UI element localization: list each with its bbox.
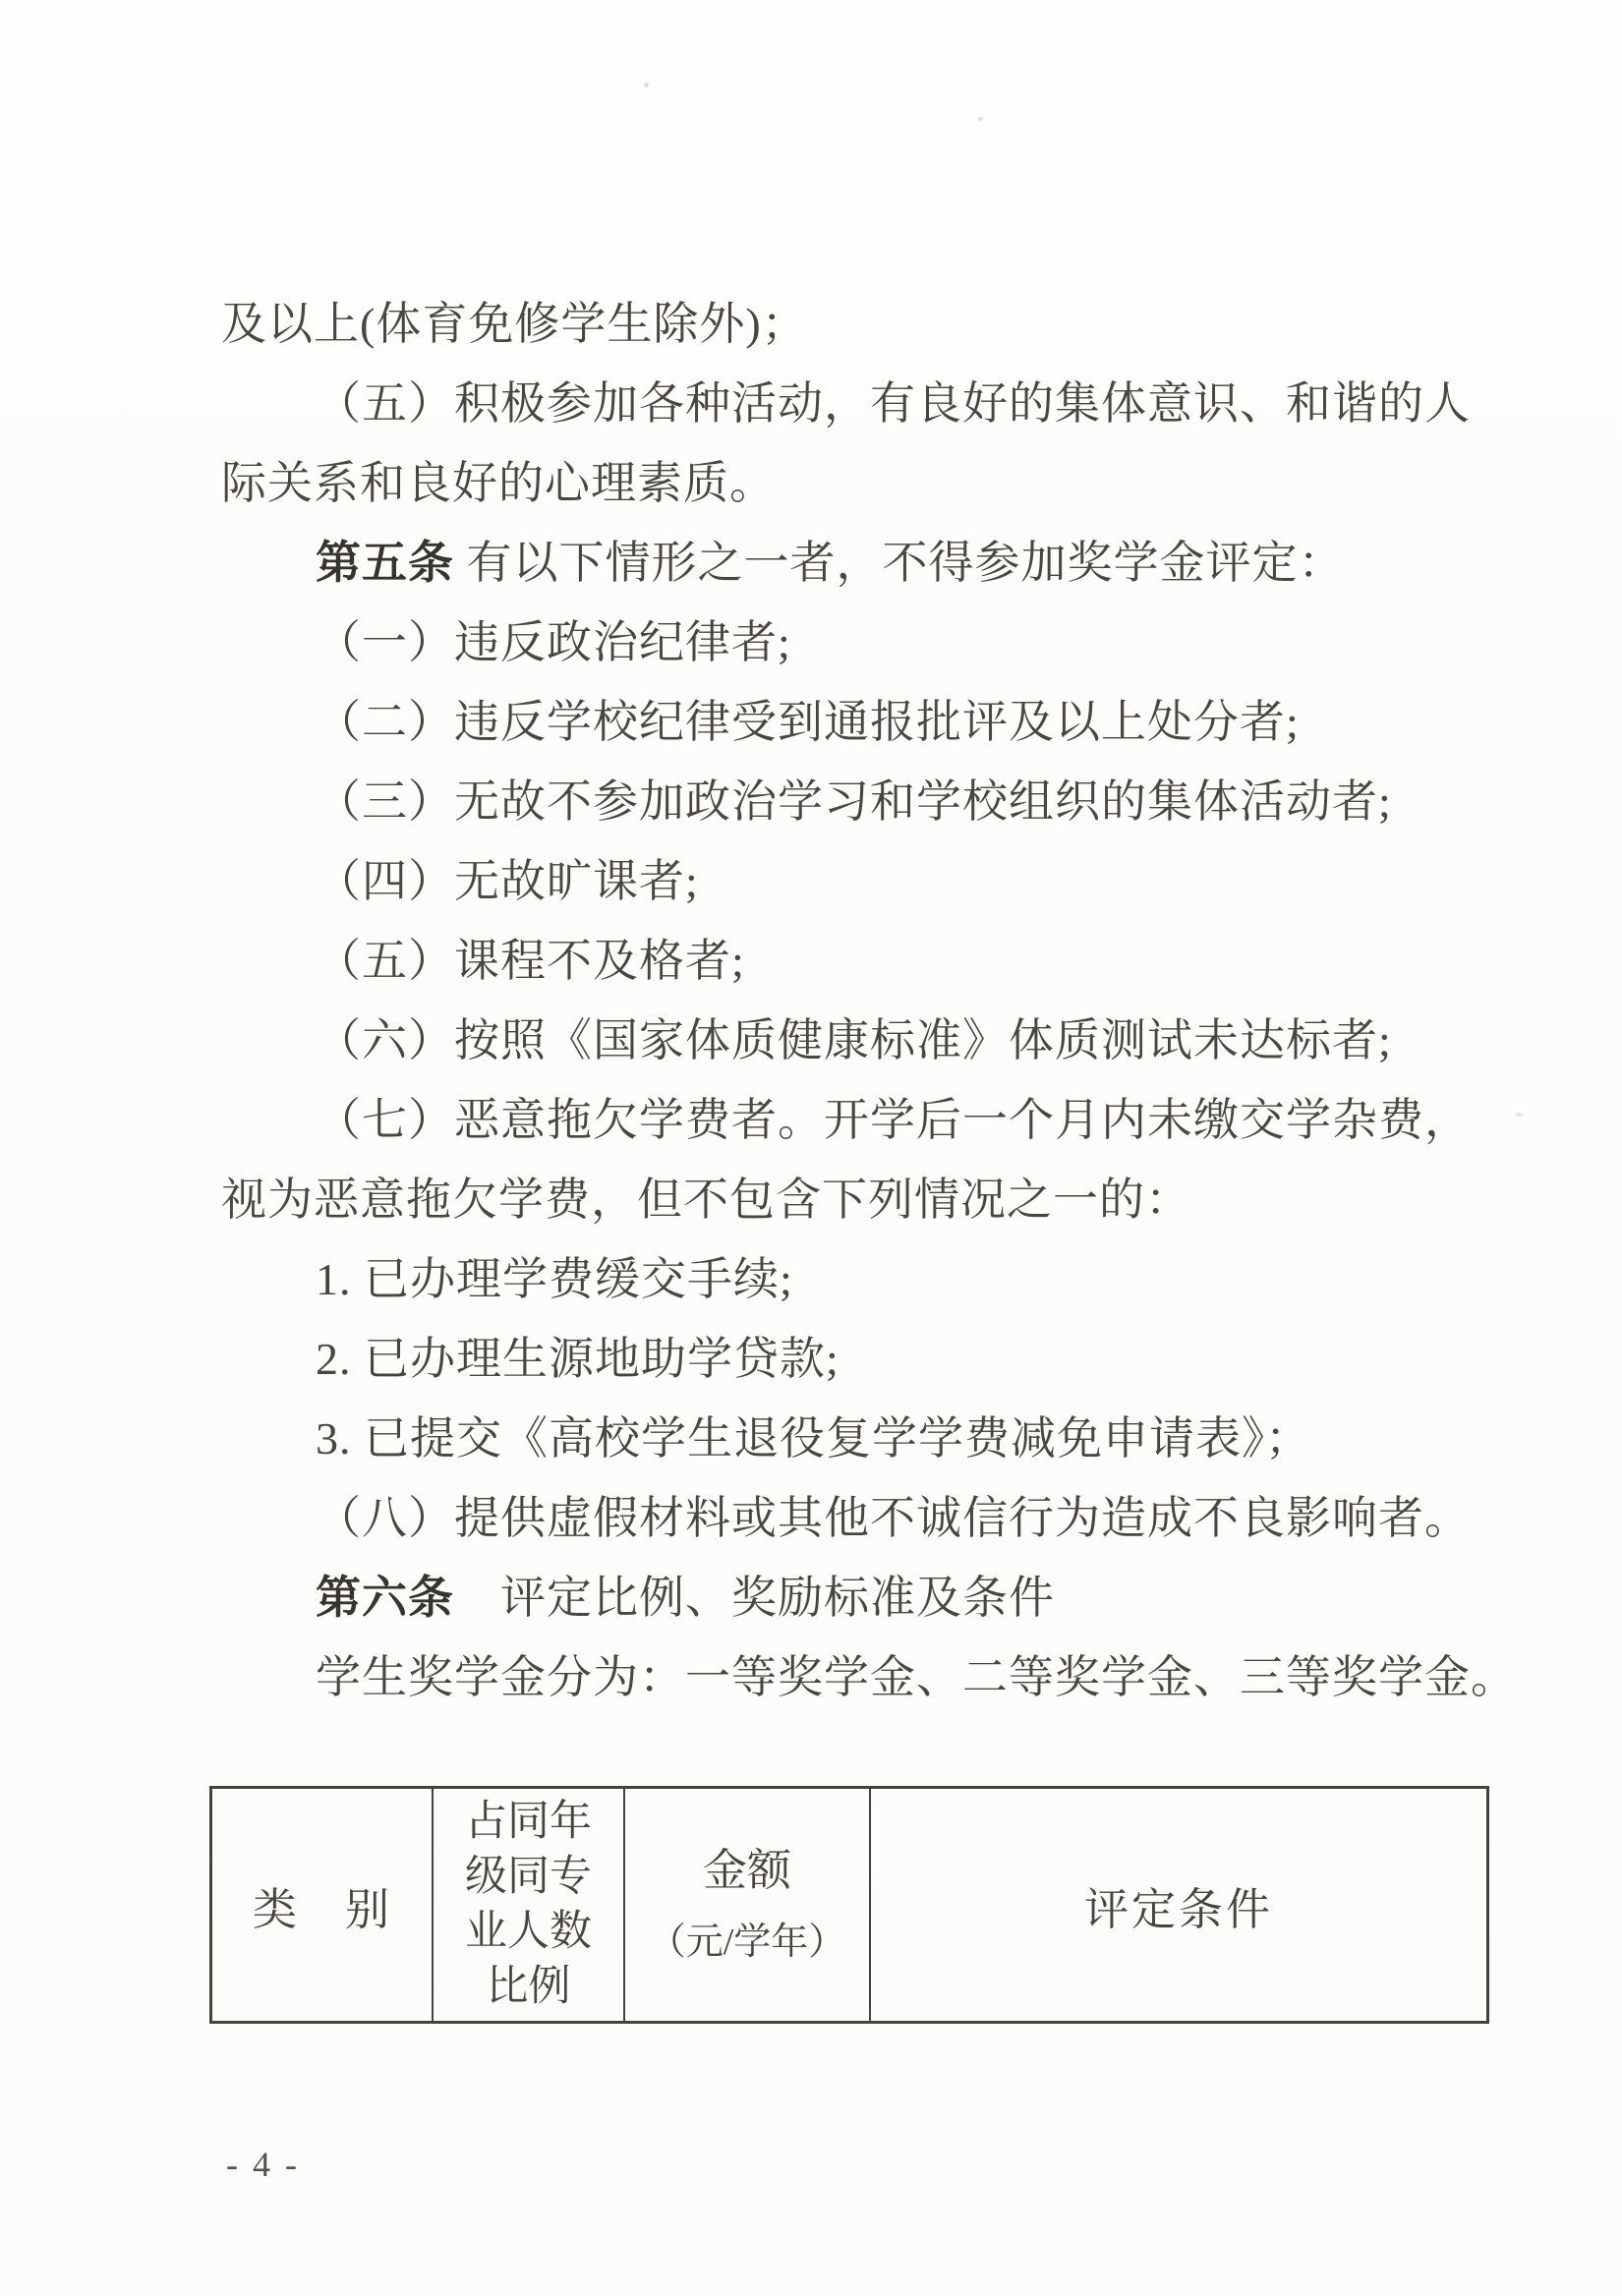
amount-header-label: 金额 (703, 1846, 791, 1895)
doc-line-11: （七）恶意拖欠学费者。开学后一个月内未缴交学杂费， (221, 1080, 1450, 1160)
scholarship-table: 类 别 占同年级同专业人数比例 金额 （元/学年） 评定条件 (209, 1786, 1489, 2024)
scan-speck (644, 83, 649, 87)
table-header-category: 类 别 (212, 1789, 434, 2021)
doc-line-6: （二）违反学校纪律受到通报批评及以上处分者; (221, 682, 1450, 762)
page-number: - 4 - (226, 2144, 300, 2185)
doc-line-16: （八）提供虚假材料或其他不诚信行为造成不良影响者。 (221, 1478, 1450, 1558)
category-header-label: 类 别 (253, 1873, 391, 1937)
line-text: （六）按照《国家体质健康标准》体质测试未达标者; (316, 1015, 1392, 1065)
line-text: 1. 已办理学费缓交手续; (316, 1254, 793, 1304)
line-text: 评定比例、奖励标准及条件 (454, 1573, 1055, 1623)
line-text: 有以下情形之一者，不得参加奖学金评定： (454, 538, 1345, 588)
doc-line-8: （四）无故旷课者; (221, 841, 1450, 921)
line-text: 际关系和良好的心理素质。 (221, 458, 776, 508)
doc-line-12: 视为恶意拖欠学费，但不包含下列情况之一的： (221, 1160, 1450, 1239)
line-text: （五）课程不及格者; (316, 936, 745, 986)
line-text: 3. 已提交《高校学生退役复学学费减免申请表》； (316, 1413, 1311, 1464)
line-text: 学生奖学金分为：一等奖学金、二等奖学金、三等奖学金。 (316, 1652, 1517, 1702)
doc-line-15: 3. 已提交《高校学生退役复学学费减免申请表》； (221, 1399, 1450, 1478)
doc-line-3: 际关系和良好的心理素质。 (221, 443, 1450, 523)
doc-line-5: （一）违反政治纪律者; (221, 603, 1450, 682)
scanned-document-page: 及以上(体育免修学生除外)；（五）积极参加各种活动，有良好的集体意识、和谐的人际… (0, 0, 1622, 2296)
doc-line-7: （三）无故不参加政治学习和学校组织的集体活动者; (221, 762, 1450, 841)
ratio-header-label: 占同年级同专业人数比例 (461, 1795, 597, 2015)
doc-line-18: 学生奖学金分为：一等奖学金、二等奖学金、三等奖学金。 (221, 1637, 1450, 1717)
line-text: 2. 已办理生源地助学贷款; (316, 1334, 840, 1384)
document-text-block: 及以上(体育免修学生除外)；（五）积极参加各种活动，有良好的集体意识、和谐的人际… (221, 284, 1450, 1717)
line-text: （三）无故不参加政治学习和学校组织的集体活动者; (316, 776, 1392, 827)
scan-speck (978, 117, 983, 121)
doc-line-1: 及以上(体育免修学生除外)； (221, 284, 1450, 364)
line-text: （二）违反学校纪律受到通报批评及以上处分者; (316, 697, 1300, 747)
amount-unit-label: （元/学年） (649, 1921, 846, 1964)
line-text: （一）违反政治纪律者; (316, 617, 791, 667)
table-header-criteria: 评定条件 (871, 1789, 1486, 2021)
doc-line-9: （五）课程不及格者; (221, 921, 1450, 1001)
doc-line-17: 第六条 评定比例、奖励标准及条件 (221, 1558, 1450, 1637)
table-header-ratio: 占同年级同专业人数比例 (434, 1789, 625, 2021)
line-text: 及以上(体育免修学生除外)； (221, 299, 808, 349)
line-text: （八）提供虚假材料或其他不诚信行为造成不良影响者。 (316, 1493, 1471, 1543)
line-text: （四）无故旷课者; (316, 856, 699, 906)
doc-line-10: （六）按照《国家体质健康标准》体质测试未达标者; (221, 1001, 1450, 1080)
line-text: （五）积极参加各种活动，有良好的集体意识、和谐的人 (316, 378, 1471, 429)
table-header-amount: 金额 （元/学年） (625, 1789, 871, 2021)
line-text: 视为恶意拖欠学费，但不包含下列情况之一的： (221, 1175, 1191, 1225)
doc-line-13: 1. 已办理学费缓交手续; (221, 1239, 1450, 1319)
doc-line-2: （五）积极参加各种活动，有良好的集体意识、和谐的人 (221, 364, 1450, 443)
line-text: （七）恶意拖欠学费者。开学后一个月内未缴交学杂费， (316, 1095, 1471, 1145)
criteria-header-label: 评定条件 (1084, 1873, 1273, 1937)
doc-line-14: 2. 已办理生源地助学贷款; (221, 1319, 1450, 1399)
doc-line-4: 第五条 有以下情形之一者，不得参加奖学金评定： (221, 523, 1450, 603)
article-heading: 第五条 (316, 538, 454, 588)
article-heading: 第六条 (316, 1573, 454, 1623)
scan-speck (1515, 1113, 1524, 1117)
